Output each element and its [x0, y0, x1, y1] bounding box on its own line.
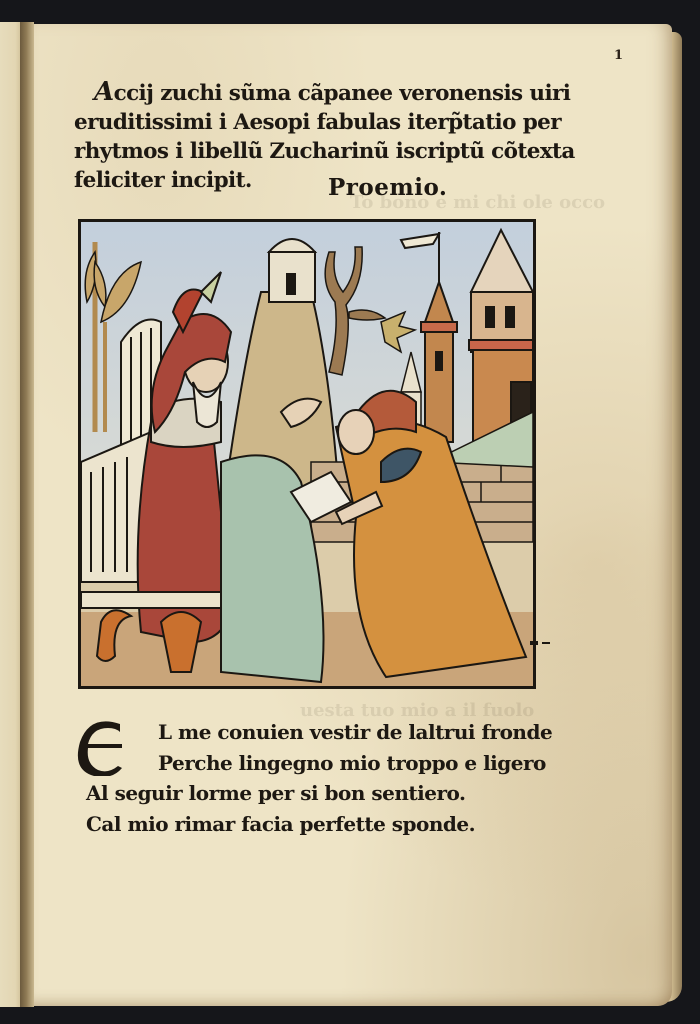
- woodcut-scene: [81, 222, 533, 686]
- heading-line-3: rhytmos i libellũ Zucharinũ iscriptũ cõt…: [74, 137, 554, 166]
- verse-line-1: L me conuien vestir de laltrui fronde: [86, 717, 556, 748]
- facing-page-edge: [0, 22, 22, 1007]
- woodcut-illustration: [78, 219, 536, 689]
- title-heading: Accij zuchi sũma cãpanee veronensis uiri…: [74, 78, 554, 195]
- margin-mark: [530, 640, 552, 646]
- heading-line-4: feliciter incipit.: [74, 166, 554, 195]
- verse-line-2: Perche lingegno mio troppo e ligero: [86, 748, 556, 779]
- heading-initial: A: [94, 77, 114, 107]
- heading-line-1: Accij zuchi sũma cãpanee veronensis uiri: [74, 78, 554, 108]
- page-number: 1: [614, 48, 623, 63]
- verse-line-4: Cal mio rimar facia perfette sponde.: [86, 809, 556, 840]
- heading-line-2: eruditissimi i Aesopi fabulas iterp̃tati…: [74, 108, 554, 137]
- verse-line-3: Al seguir lorme per si bon sentiero.: [86, 778, 556, 809]
- book-gutter: [20, 22, 34, 1007]
- verse-text: L me conuien vestir de laltrui fronde Pe…: [86, 717, 556, 839]
- section-title: Proemio.: [328, 174, 447, 201]
